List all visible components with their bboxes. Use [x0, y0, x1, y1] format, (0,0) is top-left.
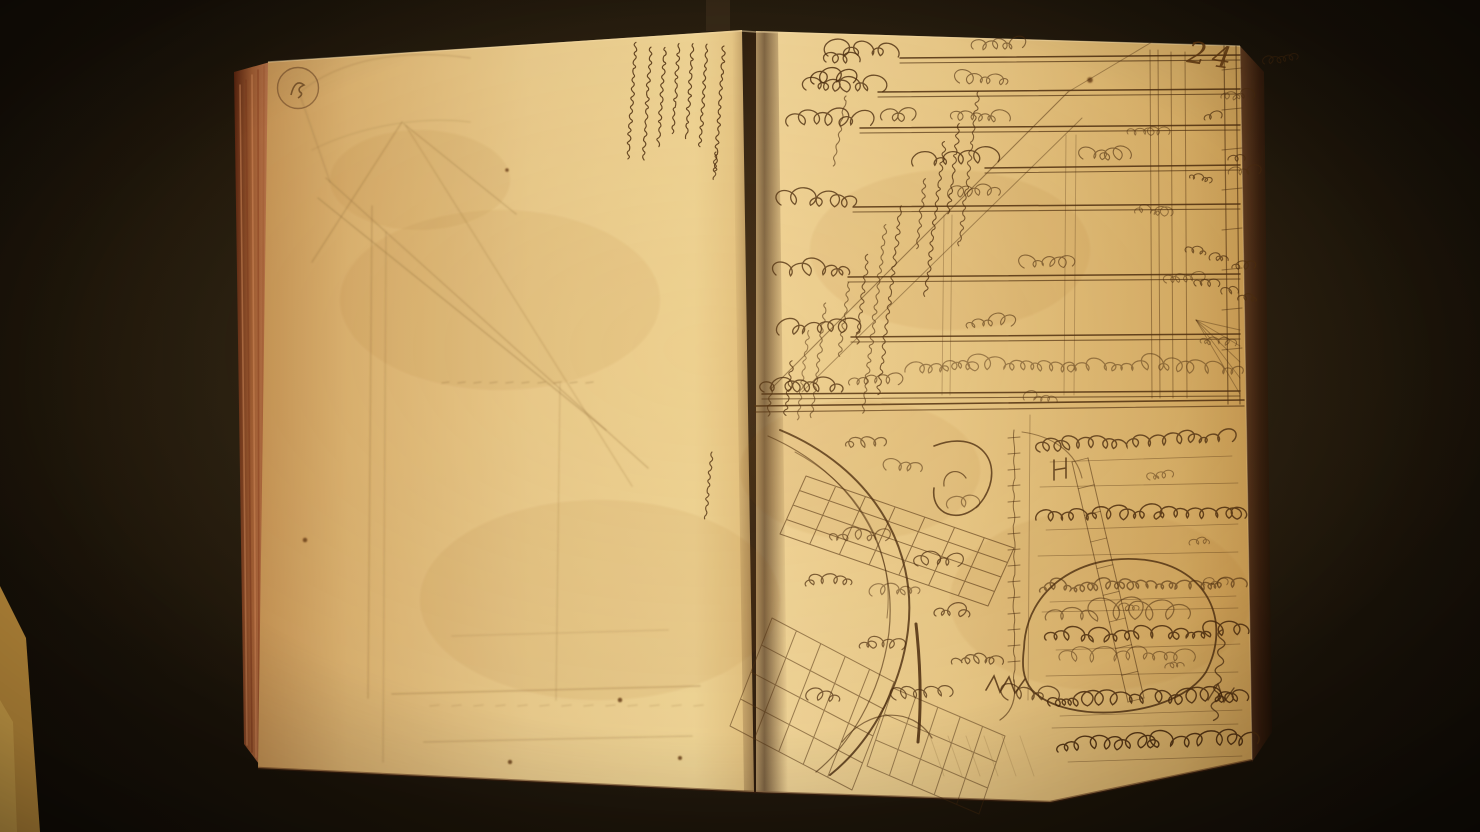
photo-stage: 24: [0, 0, 1480, 832]
sketchbook-photo: 24: [0, 0, 1480, 832]
vignette: [0, 0, 1480, 832]
